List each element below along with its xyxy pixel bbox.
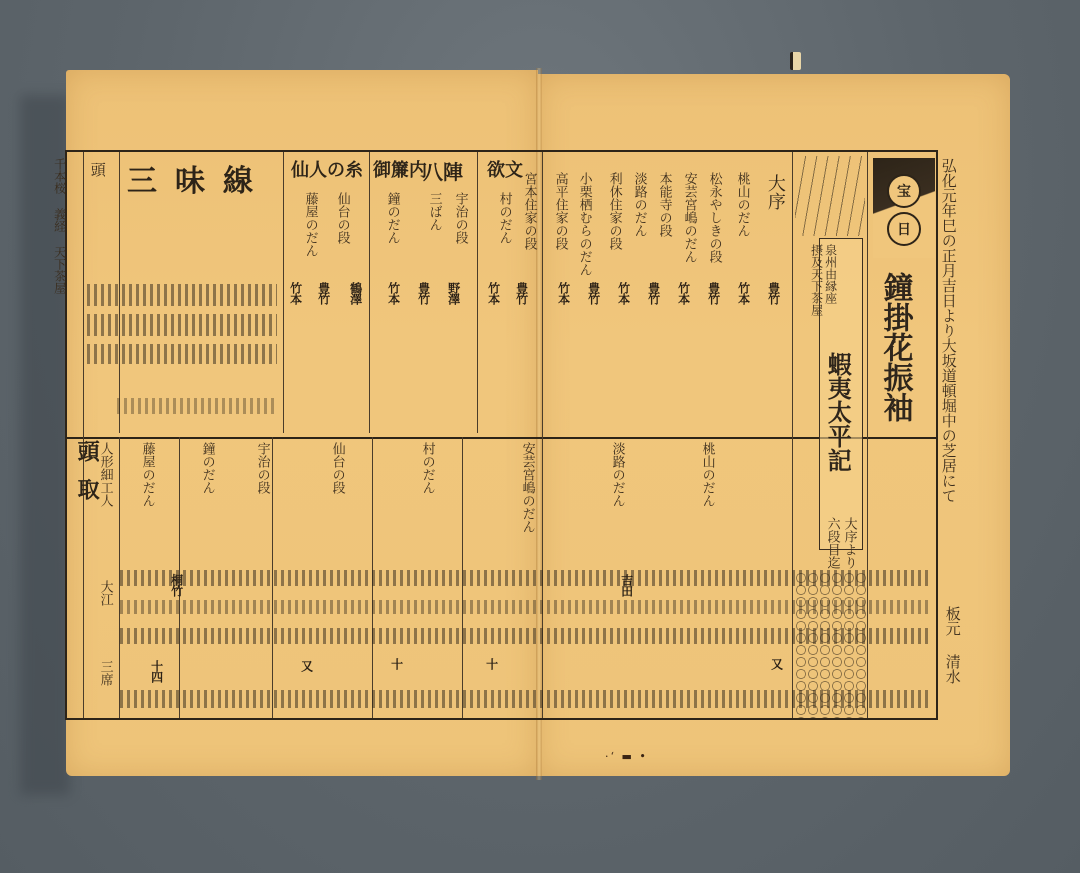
performer-entry: 竹本 xyxy=(677,282,690,304)
performer-entry: 野澤 xyxy=(447,282,460,304)
marginal-number: 十 xyxy=(390,658,403,669)
side-heading: 頭 xyxy=(89,162,105,177)
role-note: 宇治の段 xyxy=(255,442,269,494)
lower-heading: 頭 xyxy=(75,440,98,462)
performer-entry: 竹本 xyxy=(387,282,400,304)
scene-title: 松永やしきの段 xyxy=(707,172,721,263)
section-heading-misu: 御簾内 xyxy=(373,156,427,182)
subtitle-note: 大序より xyxy=(842,517,856,569)
scene-note: 鐘のだん xyxy=(385,192,399,244)
lower-heading: 取 xyxy=(75,478,98,500)
performer-entry: 豊竹 xyxy=(515,282,528,304)
puppeteer-names-band xyxy=(120,628,930,644)
main-title: 鐘掛花振袖 xyxy=(879,272,911,422)
date-line: 弘化元年巳の正月吉日より大坂道頓堀中の芝居にて xyxy=(940,158,956,503)
subtitle: 蝦夷太平記 xyxy=(825,352,850,472)
performer-entry: 豊竹 xyxy=(767,282,780,304)
venue-label: 泉州由縁座 xyxy=(824,244,837,304)
venue-label: 摂及天下茶屋 xyxy=(810,244,823,316)
crest-mark-icon: 宝 xyxy=(887,174,921,208)
sunburst-illustration xyxy=(795,156,865,236)
section-heading-yoku: 欲文 xyxy=(487,156,523,182)
puppeteer-names-band xyxy=(120,690,930,708)
lower-note: 人形細工人 xyxy=(98,442,112,507)
role-note: 藤屋のだん xyxy=(140,442,154,507)
page-tab-marker xyxy=(790,52,801,70)
performer-entry: 鶴澤 xyxy=(349,282,362,304)
side-column-text: 千本桜 義経 天下茶屋 xyxy=(53,158,66,294)
subtitle-note: 六段目迄 xyxy=(825,517,839,569)
scene-note: 三ばん xyxy=(427,192,441,231)
performer-entry: 竹本 xyxy=(557,282,570,304)
lower-note: 大江 xyxy=(98,580,112,606)
performer-names-band xyxy=(87,284,277,306)
performer-names-band xyxy=(117,398,277,414)
scene-title: 淡路のだん xyxy=(632,172,646,237)
scene-note: 宇治の段 xyxy=(453,192,467,244)
scene-note: 藤屋のだん xyxy=(303,192,317,257)
performer-entry: 豊竹 xyxy=(317,282,330,304)
performer-entry: 豊竹 xyxy=(587,282,600,304)
act-header: 大序 xyxy=(765,174,784,210)
scene-title: 安芸宮嶋のだん xyxy=(682,172,696,263)
crest-mark-icon: 日 xyxy=(887,212,921,246)
column-divider xyxy=(477,152,478,433)
performer-names-band xyxy=(87,314,277,336)
performer-entry: 豊竹 xyxy=(417,282,430,304)
column-divider xyxy=(283,152,284,433)
scene-title: 桃山のだん xyxy=(735,172,749,237)
role-note: 安芸宮嶋のだん xyxy=(520,442,534,533)
performer-entry: 竹本 xyxy=(487,282,500,304)
puppeteer-names-band xyxy=(120,600,930,614)
publisher-mark: 板元 清水 xyxy=(944,606,960,684)
column-divider xyxy=(83,152,84,718)
scene-title: 小栗栖むらのだん xyxy=(577,172,591,276)
performer-names-band xyxy=(87,344,277,364)
performer-entry: 竹本 xyxy=(617,282,630,304)
marginal-number: 十 xyxy=(485,658,498,669)
role-note: 仙台の段 xyxy=(330,442,344,494)
role-note: 鐘のだん xyxy=(200,442,214,494)
marginal-number: 又 xyxy=(770,658,783,669)
scene-title: 利休住家の段 xyxy=(607,172,621,250)
lower-note: 三席 xyxy=(98,660,112,686)
scene-note: 仙台の段 xyxy=(335,192,349,244)
performer-entry: 竹本 xyxy=(289,282,302,304)
performer-entry: 竹本 xyxy=(737,282,750,304)
role-note: 淡路のだん xyxy=(610,442,624,507)
ink-stain: ·ʻ ▬ • xyxy=(605,750,648,763)
puppeteer-entry: 吉田 xyxy=(620,574,633,596)
scene-title: 本能寺の段 xyxy=(657,172,671,237)
column-divider xyxy=(369,152,370,433)
marginal-number: 十四 xyxy=(150,660,163,682)
puppeteer-entry: 桐竹 xyxy=(170,574,183,596)
role-note: 村のだん xyxy=(420,442,434,494)
section-heading-hachijin: 八陣 xyxy=(423,156,463,185)
scene-title: 高平住家の段 xyxy=(553,172,567,250)
role-note: 桃山のだん xyxy=(700,442,714,507)
scene-note: 村のだん xyxy=(497,192,511,244)
middle-divider xyxy=(67,437,936,439)
performer-entry: 豊竹 xyxy=(647,282,660,304)
shamisen-heading: 三味線 xyxy=(127,166,271,198)
section-heading-sennin: 仙人の糸 xyxy=(291,156,363,182)
puppeteer-names-band xyxy=(120,570,930,586)
marginal-number: 又 xyxy=(300,660,313,671)
performer-entry: 豊竹 xyxy=(707,282,720,304)
scene-note: 宮本住家の段 xyxy=(522,172,536,250)
